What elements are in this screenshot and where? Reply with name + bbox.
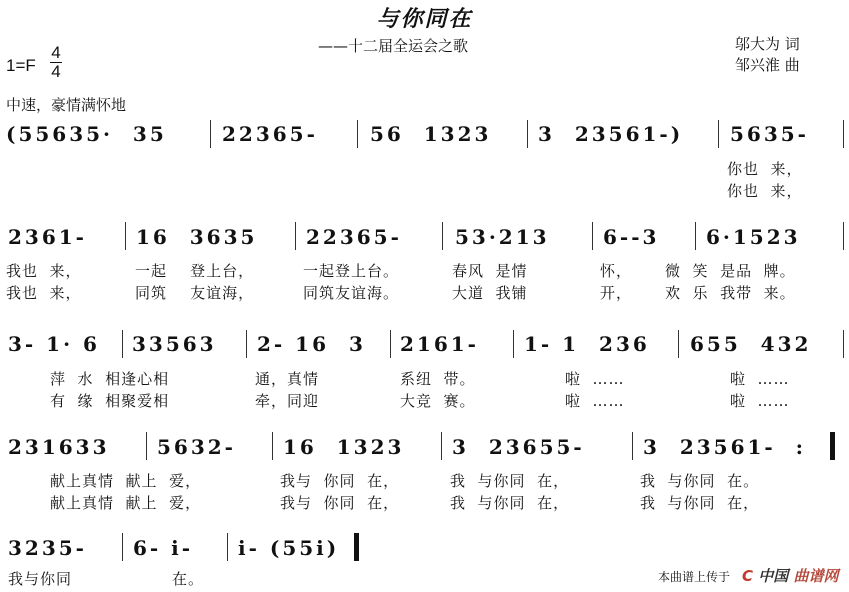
lyric-verse-1: 春风 是情 [452,260,528,281]
barline [122,533,123,561]
measure: 3 23561-) [538,122,683,146]
site-logo[interactable]: C 中国 曲谱网 [742,565,839,586]
measure: i- (55i) [238,536,339,560]
barline [122,330,123,358]
lyric-verse-2: 大竞 赛。 [400,390,476,411]
measure: 2161- [400,332,479,356]
lyric-verse-2: 献上真情 献上 爱， [50,492,201,513]
lyric-verse-1: 在。 [172,568,204,589]
repeat-end-barline [830,432,835,460]
barline [592,222,593,250]
barline [210,120,211,148]
measure: 3235- [8,536,87,560]
measure: 22365- [222,122,318,146]
lyric-verse-1: 献上真情 献上 爱， [50,470,201,491]
lyric-verse-2: 你也 来， [727,180,803,201]
lyric-verse-1: 我 与你同 在。 [640,470,759,491]
measure: 5632- [157,435,236,459]
time-signature: 4 4 [50,44,62,81]
barline [390,330,391,358]
lyric-verse-2: 大道 我铺 [452,282,528,303]
measure: 1- 1 236 [524,332,650,356]
lyric-verse-1: 萍 水 相逢心相 [50,368,169,389]
upload-source-text: 本曲谱上传于 [658,568,730,585]
lyric-verse-2: 我也 来， [6,282,82,303]
lyric-verse-2: 同筑友谊海。 [303,282,399,303]
barline [632,432,633,460]
song-subtitle: ——十二届全运会之歌 [318,35,468,56]
lyric-verse-2: 啦 …… [565,390,625,411]
barline [442,222,443,250]
lyric-verse-2: 牵，同迎 [255,390,319,411]
lyric-verse-2: 我 与你同 在， [640,492,759,513]
lyric-verse-1: 怀， [600,260,632,281]
barline [718,120,719,148]
lyric-verse-2: 有 缘 相聚爱相 [50,390,169,411]
measure: 56 1323 [370,122,491,146]
lyric-verse-1: 我也 来， [6,260,82,281]
measure: 6- i- [133,536,193,560]
measure: 22365- [306,225,402,249]
final-barline [354,533,359,561]
measure: 2361- [8,225,87,249]
lyric-verse-1: 一起登上台。 [303,260,399,281]
lyric-verse-1: 微 笑 是品 牌。 [665,260,796,281]
measure: 3- 1· 6 [8,332,100,356]
barline [695,222,696,250]
measure: 16 1323 [283,435,404,459]
lyric-verse-2: 同筑 友谊海， [135,282,254,303]
lyric-verse-1: 啦 …… [730,368,790,389]
lyric-verse-2: 啦 …… [730,390,790,411]
lyric-verse-2: 我与 你同 在， [280,492,399,513]
lyric-verse-1: 我 与你同 在， [450,470,569,491]
lyric-verse-1: 我与 你同 在， [280,470,399,491]
lyric-verse-1: 我与你同 [8,568,72,589]
barline [357,120,358,148]
measure: 655 432 [690,332,811,356]
barline [843,330,844,358]
tempo-marking: 中速，豪情满怀地 [6,94,126,115]
barline [678,330,679,358]
logo-mark-icon: C [742,567,753,585]
measure: 53·213 [455,225,550,249]
logo-text-part1: 中国 [758,567,788,585]
lyric-verse-2: 欢 乐 我带 来。 [665,282,796,303]
barline [843,120,844,148]
barline [843,222,844,250]
barline [125,222,126,250]
measure: 2- 16 3 [257,332,366,356]
time-signature-bottom: 4 [51,62,60,81]
measure: 3 23561- : [643,435,806,459]
barline [527,120,528,148]
lyric-verse-1: 系纽 带。 [400,368,476,389]
logo-text-part2: 曲谱网 [794,567,839,585]
lyric-verse-1: 啦 …… [565,368,625,389]
lyric-verse-1: 通，真情 [255,368,319,389]
measure: 16 3635 [136,225,257,249]
composer-credit: 邹兴淮 曲 [735,54,800,75]
measure: (55635· 35 [6,122,167,146]
lyric-verse-1: 一起 登上台， [135,260,254,281]
barline [441,432,442,460]
barline [272,432,273,460]
lyricist-credit: 邬大为 词 [735,33,800,54]
barline [513,330,514,358]
barline [295,222,296,250]
measure: 5635- [730,122,809,146]
measure: 6·1523 [706,225,801,249]
song-title: 与你同在 [0,2,849,33]
measure: 6--3 [603,225,659,249]
time-signature-top: 4 [51,43,60,62]
barline [146,432,147,460]
measure: 231633 [8,435,110,459]
measure: 3 23655- [452,435,585,459]
lyric-verse-2: 开， [600,282,632,303]
measure: 33563 [132,332,217,356]
barline [246,330,247,358]
key-signature: 1=F [6,56,36,76]
lyric-verse-2: 我 与你同 在， [450,492,569,513]
lyric-verse-1: 你也 来， [727,158,803,179]
barline [227,533,228,561]
